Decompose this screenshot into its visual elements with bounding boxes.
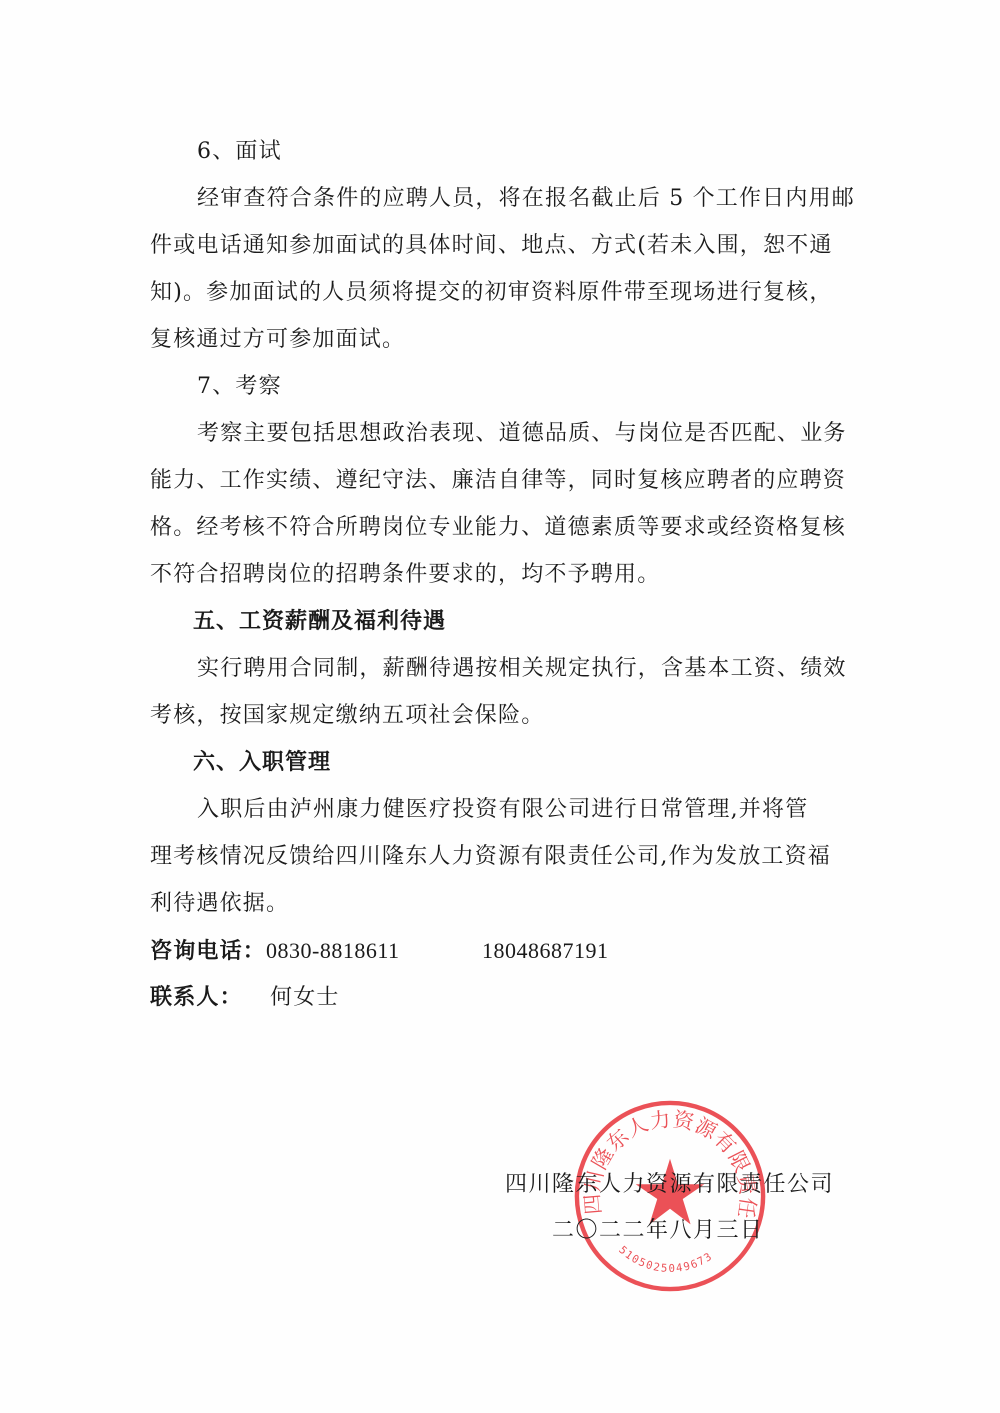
paragraph-line: 理考核情况反馈给四川隆东人力资源有限责任公司,作为发放工资福 (150, 842, 831, 872)
paragraph-line: 考核，按国家规定缴纳五项社会保险。 (150, 701, 544, 731)
paragraph-line: 件或电话通知参加面试的具体时间、地点、方式(若未入围，恕不通 (150, 231, 833, 261)
paragraph-line: 考察主要包括思想政治表现、道德品质、与岗位是否匹配、业务 (197, 419, 847, 449)
paragraph-line: 实行聘用合同制，薪酬待遇按相关规定执行，含基本工资、绩效 (197, 654, 847, 684)
phone-label: 咨询电话： (150, 939, 266, 964)
paragraph-line: 格。经考核不符合所聘岗位专业能力、道德素质等要求或经资格复核 (150, 513, 846, 543)
svg-text:5105025049673: 5105025049673 (616, 1243, 715, 1275)
paragraph-line: 入职后由泸州康力健医疗投资有限公司进行日常管理,并将管 (197, 795, 808, 825)
paragraph-line: 利待遇依据。 (150, 889, 289, 919)
signature-company: 四川隆东人力资源有限责任公司 (505, 1170, 834, 1200)
paragraph-line: 不符合招聘岗位的招聘条件要求的，均不予聘用。 (150, 560, 660, 590)
paragraph-line: 能力、工作实绩、遵纪守法、廉洁自律等，同时复核应聘者的应聘资 (150, 466, 846, 496)
section-heading-interview: 6、面试 (197, 137, 282, 167)
paragraph-line: 知)。参加面试的人员须将提交的初审资料原件带至现场进行复核， (150, 278, 833, 308)
contact-phone-row: 咨询电话：0830-8818611 (150, 936, 400, 967)
section-heading-inspection: 7、考察 (197, 372, 282, 402)
phone-number-2: 18048687191 (482, 936, 609, 966)
signature-date: 二〇二二年八月三日 (552, 1216, 764, 1246)
paragraph-line: 经审查符合条件的应聘人员，将在报名截止后 5 个工作日内用邮 (197, 184, 855, 214)
phone-number-1: 0830-8818611 (266, 938, 400, 963)
document-page: 6、面试 经审查符合条件的应聘人员，将在报名截止后 5 个工作日内用邮 件或电话… (0, 0, 1000, 1413)
section-heading-salary: 五、工资薪酬及福利待遇 (193, 607, 446, 637)
contact-person-row: 联系人： (150, 983, 243, 1013)
contact-person-name: 何女士 (270, 983, 340, 1013)
person-label: 联系人： (150, 985, 243, 1010)
paragraph-line: 复核通过方可参加面试。 (150, 325, 405, 355)
section-heading-onboarding: 六、入职管理 (193, 748, 331, 778)
